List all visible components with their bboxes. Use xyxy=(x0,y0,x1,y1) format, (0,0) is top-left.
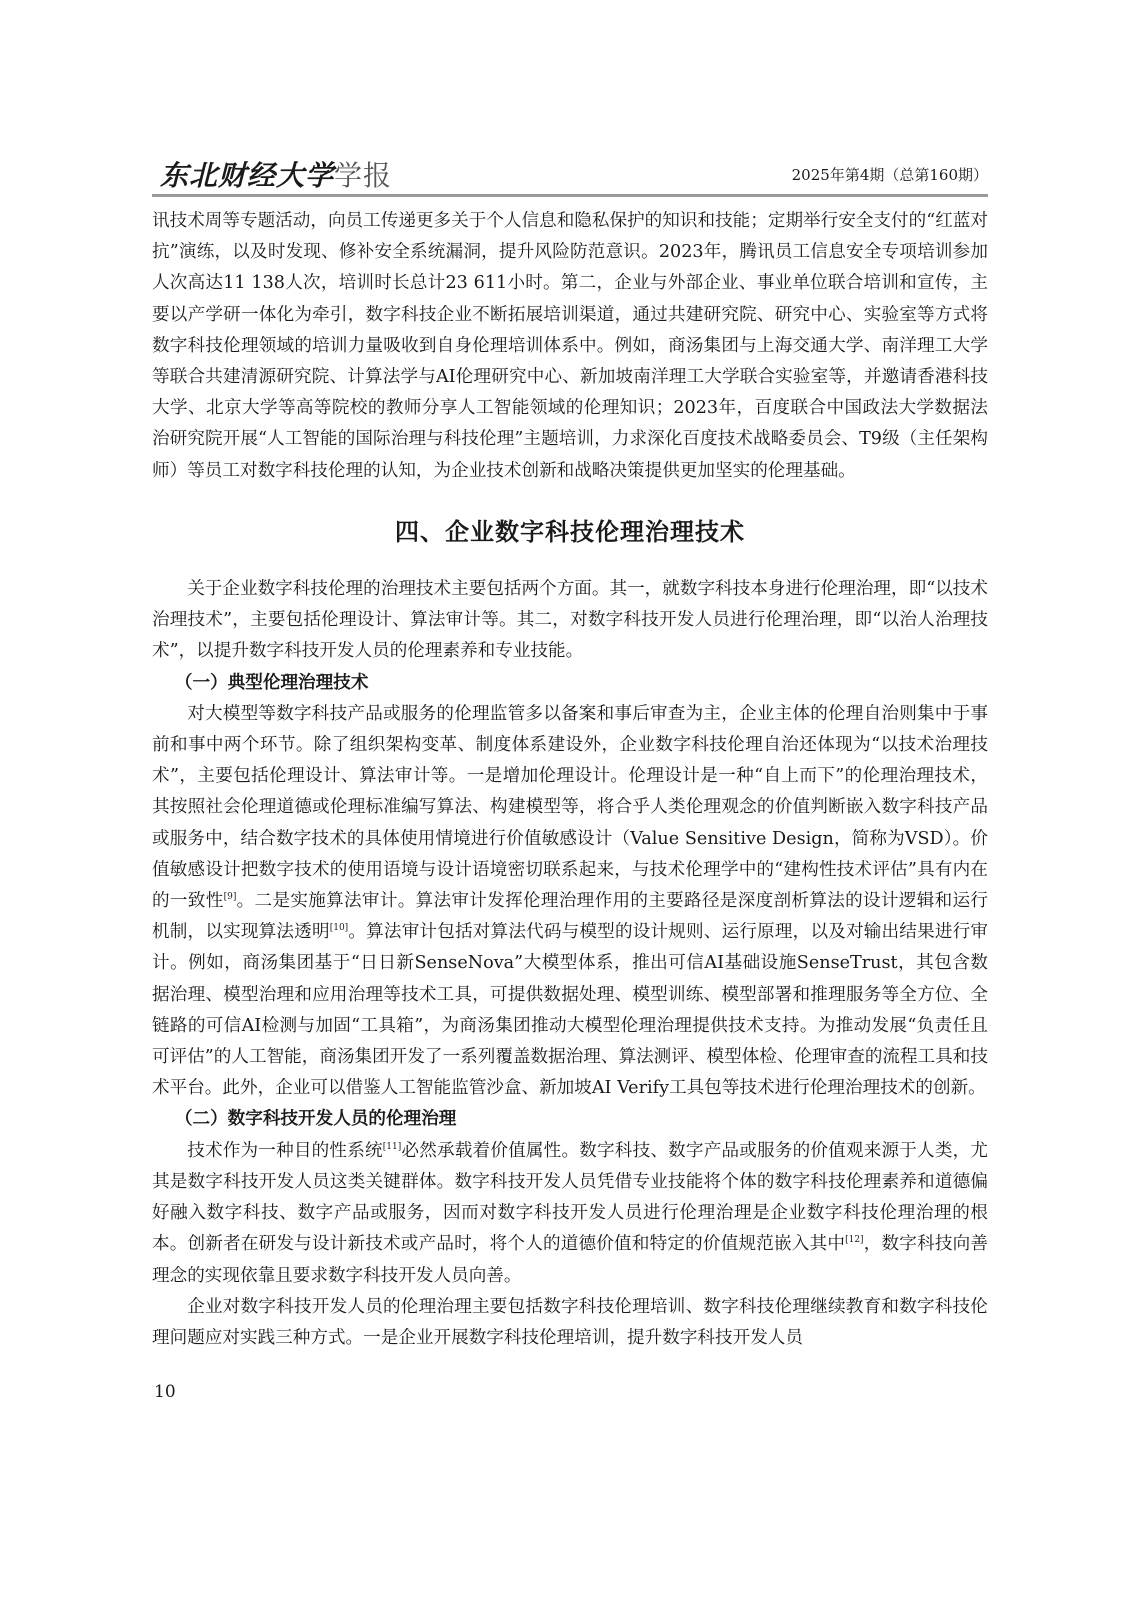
citation-ref[interactable]: [12] xyxy=(845,1235,863,1245)
paragraph: 对大模型等数字科技产品或服务的伦理监管多以备案和事后审查为主，企业主体的伦理自治… xyxy=(152,699,988,1105)
running-header: 东北财经大学学报 2025年第4期（总第160期） xyxy=(152,150,988,192)
paragraph: 技术作为一种目的性系统[11]必然承载着价值属性。数字科技、数字产品或服务的价值… xyxy=(152,1136,988,1292)
citation-ref[interactable]: [10] xyxy=(330,923,348,933)
paragraph-text: 。算法审计包括对算法代码与模型的设计规则、运行原理，以及对输出结果进行审计。例如… xyxy=(152,922,988,1098)
paragraph-text: 技术作为一种目的性系统 xyxy=(187,1141,383,1161)
citation-ref[interactable]: [11] xyxy=(383,1142,401,1152)
journal-title-plain: 学报 xyxy=(334,159,392,192)
page-number: 10 xyxy=(154,1382,176,1402)
paragraph: 讯技术周等专题活动，向员工传递更多关于个人信息和隐私保护的知识和技能；定期举行安… xyxy=(152,206,988,487)
article-body: 讯技术周等专题活动，向员工传递更多关于个人信息和隐私保护的知识和技能；定期举行安… xyxy=(152,206,988,1354)
subsection-title: （二）数字科技开发人员的伦理治理 xyxy=(152,1104,988,1135)
journal-title-calligraphy: 东北财经大学 xyxy=(160,159,334,192)
header-rule xyxy=(152,194,988,197)
issue-label: 2025年第4期（总第160期） xyxy=(792,164,988,185)
paragraph-text: 对大模型等数字科技产品或服务的伦理监管多以备案和事后审查为主，企业主体的伦理自治… xyxy=(152,704,988,911)
citation-ref[interactable]: [9] xyxy=(224,892,237,902)
section-title: 四、企业数字科技伦理治理技术 xyxy=(152,517,988,548)
paragraph: 企业对数字科技开发人员的伦理治理主要包括数字科技伦理培训、数字科技伦理继续教育和… xyxy=(152,1292,988,1354)
paragraph: 关于企业数字科技伦理的治理技术主要包括两个方面。其一，就数字科技本身进行伦理治理… xyxy=(152,574,988,668)
subsection-title: （一）典型伦理治理技术 xyxy=(152,668,988,699)
journal-title: 东北财经大学学报 xyxy=(160,154,392,194)
